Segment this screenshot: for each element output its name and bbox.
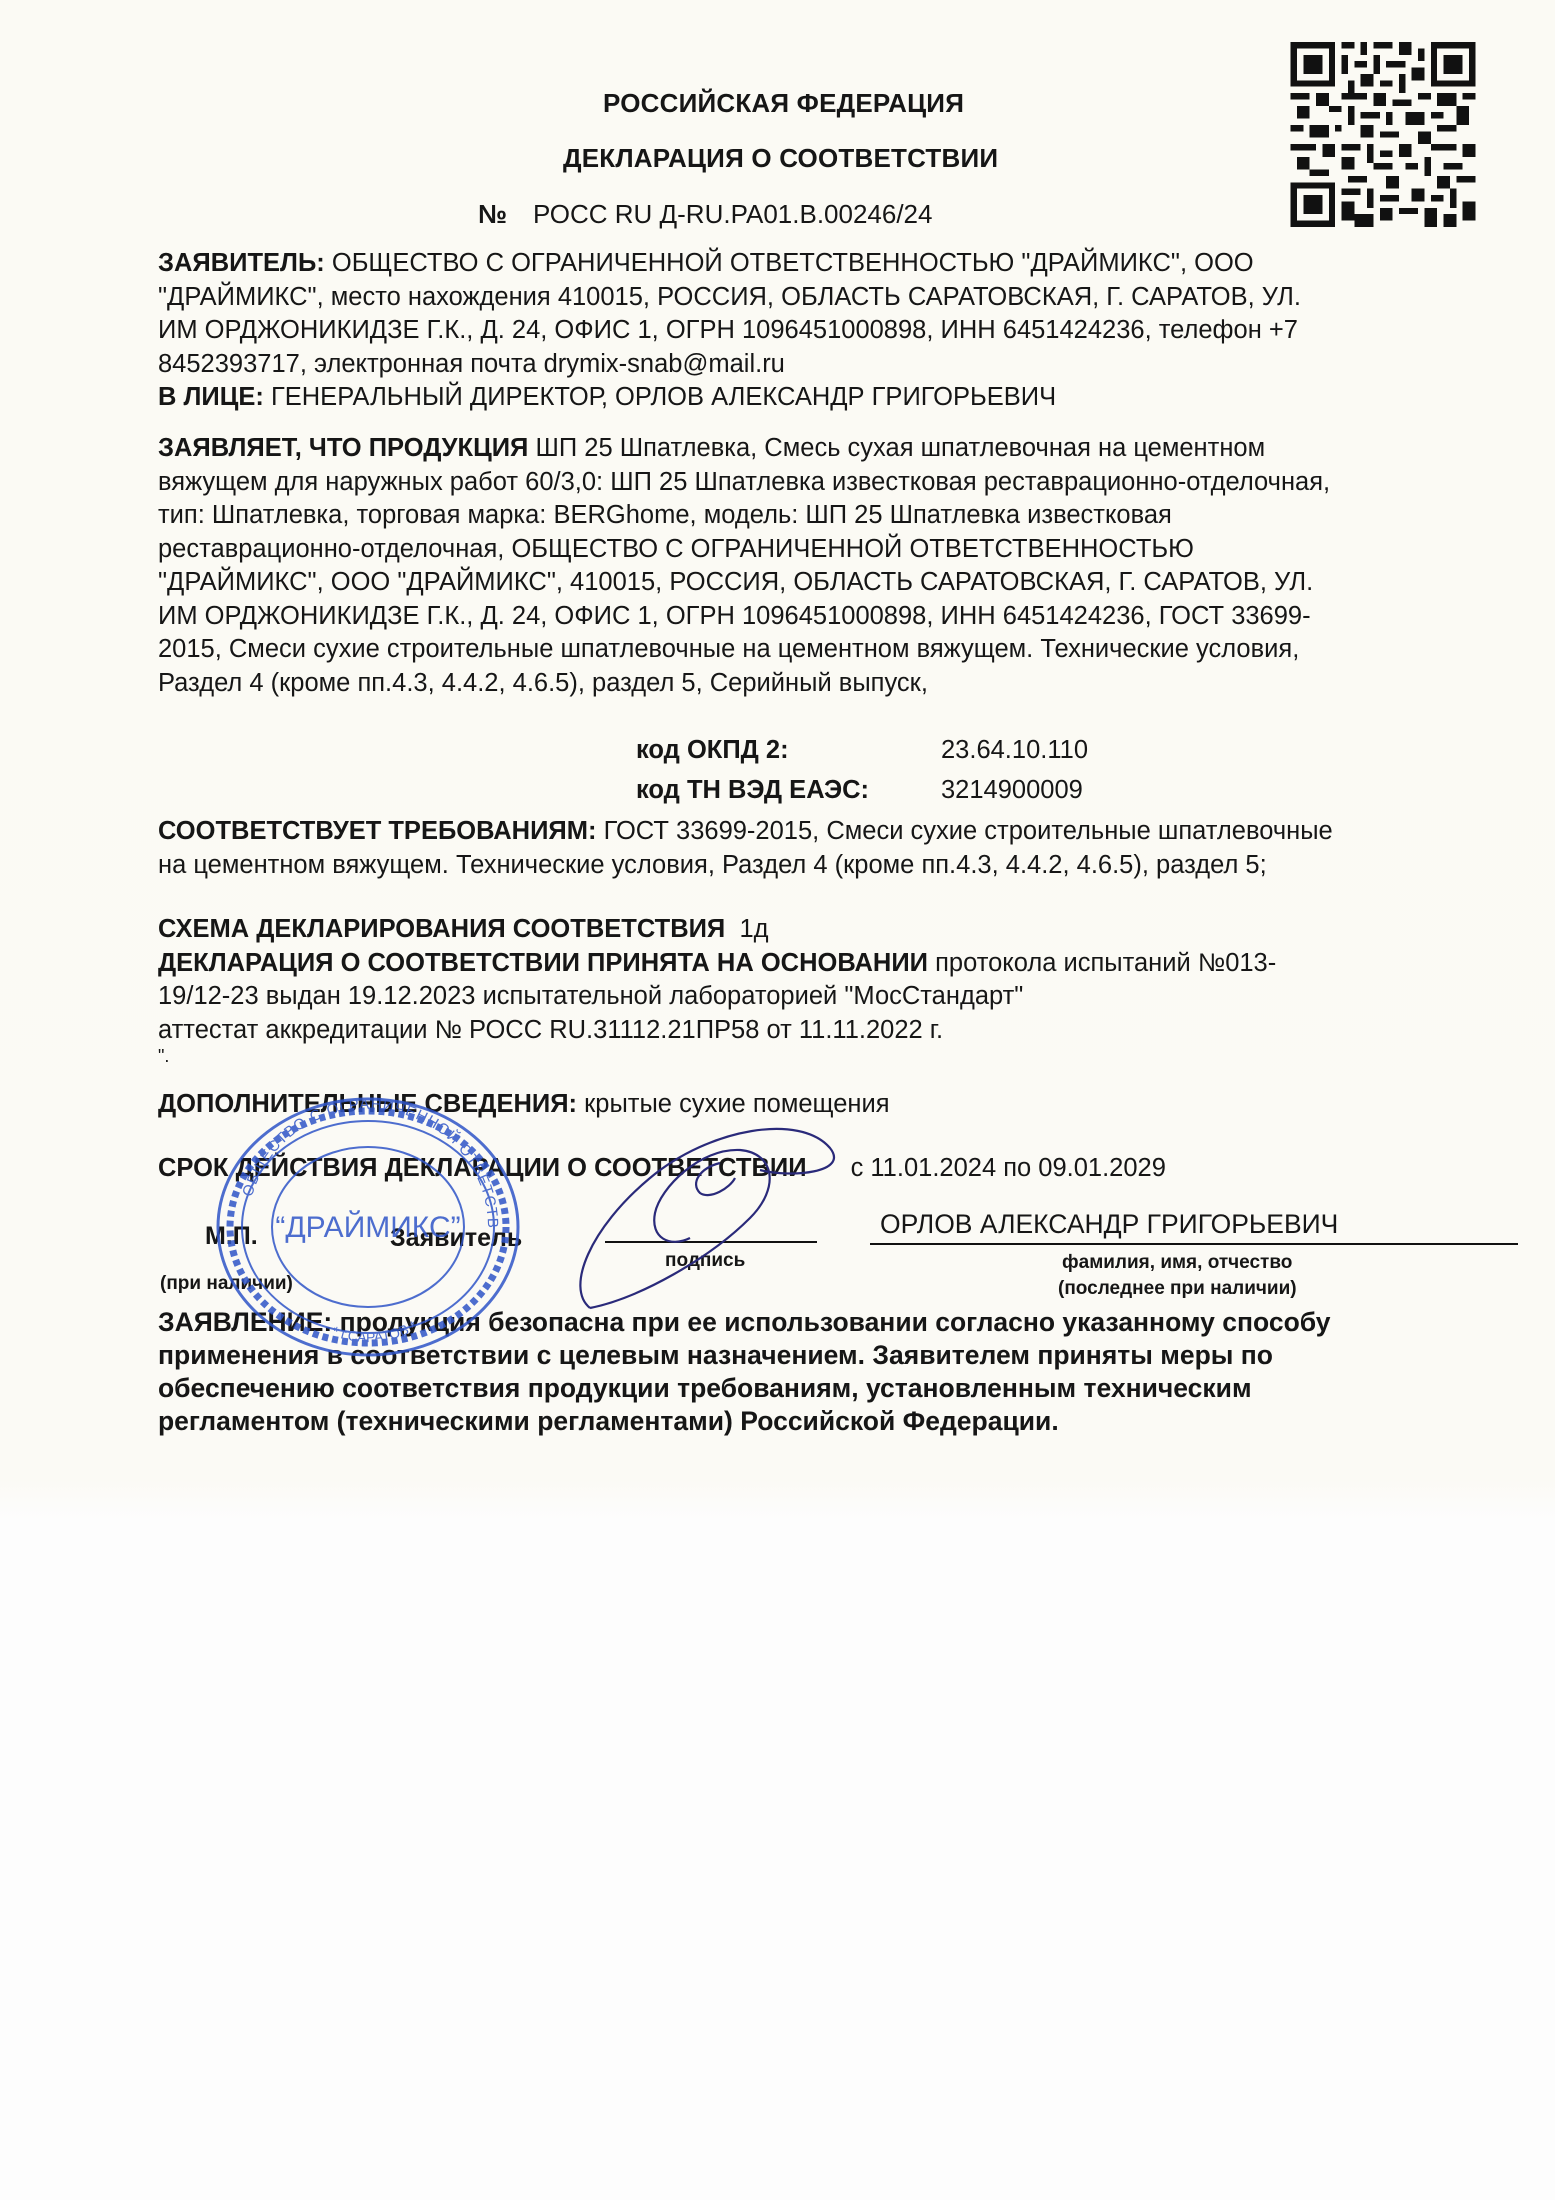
scheme-label: СХЕМА ДЕКЛАРИРОВАНИЯ СООТВЕТСТВИЯ bbox=[158, 915, 725, 943]
compliance-label: СООТВЕТСТВУЕТ ТРЕБОВАНИЯМ: bbox=[158, 817, 596, 845]
scheme-basis-section: СХЕМА ДЕКЛАРИРОВАНИЯ СООТВЕТСТВИЯ 1д ДЕК… bbox=[158, 913, 1518, 1065]
applicant-section: ЗАЯВИТЕЛЬ: ОБЩЕСТВО С ОГРАНИЧЕННОЙ ОТВЕТ… bbox=[158, 247, 1518, 415]
applicant-line: ИМ ОРДЖОНИКИДЗЕ Г.К., Д. 24, ОФИС 1, ОГР… bbox=[158, 314, 1518, 348]
product-line: 2015, Смеси сухие строительные шпатлевоч… bbox=[158, 633, 1518, 667]
statement-line: регламентом (техническими регламентами) … bbox=[158, 1405, 1478, 1438]
company-stamp-icon: ОБЩЕСТВО С ОГРАНИЧЕННОЙ ОТВЕТСТВЕННОСТЬЮ… bbox=[208, 1092, 528, 1362]
tnved-label: код ТН ВЭД ЕАЭС: bbox=[636, 776, 941, 805]
tnved-code-row: код ТН ВЭД ЕАЭС:3214900009 bbox=[636, 776, 1083, 805]
compliance-section: СООТВЕТСТВУЕТ ТРЕБОВАНИЯМ: ГОСТ 33699-20… bbox=[158, 815, 1518, 882]
product-section: ЗАЯВЛЯЕТ, ЧТО ПРОДУКЦИЯ ШП 25 Шпатлевка,… bbox=[158, 432, 1518, 700]
product-line: ШП 25 Шпатлевка, Смесь сухая шпатлевочна… bbox=[535, 434, 1265, 462]
compliance-line: на цементном вяжущем. Технические услови… bbox=[158, 849, 1518, 883]
basis-line: 19/12-23 выдан 19.12.2023 испытательной … bbox=[158, 980, 1518, 1014]
represented-value: ГЕНЕРАЛЬНЫЙ ДИРЕКТОР, ОРЛОВ АЛЕКСАНДР ГР… bbox=[271, 383, 1056, 411]
declaration-number: №РОСС RU Д-RU.PA01.B.00246/24 bbox=[478, 199, 932, 230]
name-line bbox=[870, 1243, 1518, 1245]
country-title: РОССИЙСКАЯ ФЕДЕРАЦИЯ bbox=[603, 88, 964, 119]
stamp-center-text: “ДРАЙМИКС” bbox=[275, 1210, 460, 1244]
product-line: Раздел 4 (кроме пп.4.3, 4.4.2, 4.6.5), р… bbox=[158, 667, 1518, 701]
basis-first-value: протокола испытаний №013- bbox=[935, 949, 1276, 977]
name-caption: фамилия, имя, отчество bbox=[1062, 1252, 1292, 1274]
basis-line: ". bbox=[158, 1047, 1518, 1065]
scheme-value: 1д bbox=[739, 915, 768, 943]
represented-label: В ЛИЦЕ: bbox=[158, 383, 264, 411]
basis-line: аттестат аккредитации № РОСС RU.31112.21… bbox=[158, 1014, 1518, 1048]
signatory-name: ОРЛОВ АЛЕКСАНДР ГРИГОРЬЕВИЧ bbox=[880, 1209, 1338, 1240]
product-line: ИМ ОРДЖОНИКИДЗЕ Г.К., Д. 24, ОФИС 1, ОГР… bbox=[158, 600, 1518, 634]
product-label: ЗАЯВЛЯЕТ, ЧТО ПРОДУКЦИЯ bbox=[158, 434, 528, 462]
product-line: вяжущем для наружных работ 60/3,0: ШП 25… bbox=[158, 466, 1518, 500]
qr-code-icon bbox=[1288, 42, 1478, 227]
applicant-line: 8452393717, электронная почта drymix-sna… bbox=[158, 348, 1518, 382]
tnved-value: 3214900009 bbox=[941, 776, 1083, 804]
product-line: "ДРАЙМИКС", ООО "ДРАЙМИКС", 410015, РОСС… bbox=[158, 566, 1518, 600]
statement-line: обеспечению соответствия продукции требо… bbox=[158, 1372, 1478, 1405]
applicant-line: "ДРАЙМИКС", место нахождения 410015, РОС… bbox=[158, 281, 1518, 315]
validity-value: с 11.01.2024 по 09.01.2029 bbox=[851, 1154, 1166, 1182]
number-sign: № bbox=[478, 199, 507, 229]
okpd-code-row: код ОКПД 2:23.64.10.110 bbox=[636, 736, 1088, 765]
applicant-label: ЗАЯВИТЕЛЬ: bbox=[158, 249, 325, 277]
document-title: ДЕКЛАРАЦИЯ О СООТВЕТСТВИИ bbox=[563, 143, 998, 174]
declaration-number-value: РОСС RU Д-RU.PA01.B.00246/24 bbox=[533, 199, 933, 229]
okpd-value: 23.64.10.110 bbox=[941, 736, 1088, 764]
name-caption-note: (последнее при наличии) bbox=[1058, 1278, 1297, 1300]
handwritten-signature-icon bbox=[560, 1108, 860, 1328]
basis-label: ДЕКЛАРАЦИЯ О СООТВЕТСТВИИ ПРИНЯТА НА ОСН… bbox=[158, 949, 928, 977]
compliance-line: ГОСТ 33699-2015, Смеси сухие строительны… bbox=[604, 817, 1333, 845]
okpd-label: код ОКПД 2: bbox=[636, 736, 941, 765]
product-line: тип: Шпатлевка, торговая марка: BERGhome… bbox=[158, 499, 1518, 533]
applicant-line: ОБЩЕСТВО С ОГРАНИЧЕННОЙ ОТВЕТСТВЕННОСТЬЮ… bbox=[332, 249, 1254, 277]
product-line: реставрационно-отделочная, ОБЩЕСТВО С ОГ… bbox=[158, 533, 1518, 567]
